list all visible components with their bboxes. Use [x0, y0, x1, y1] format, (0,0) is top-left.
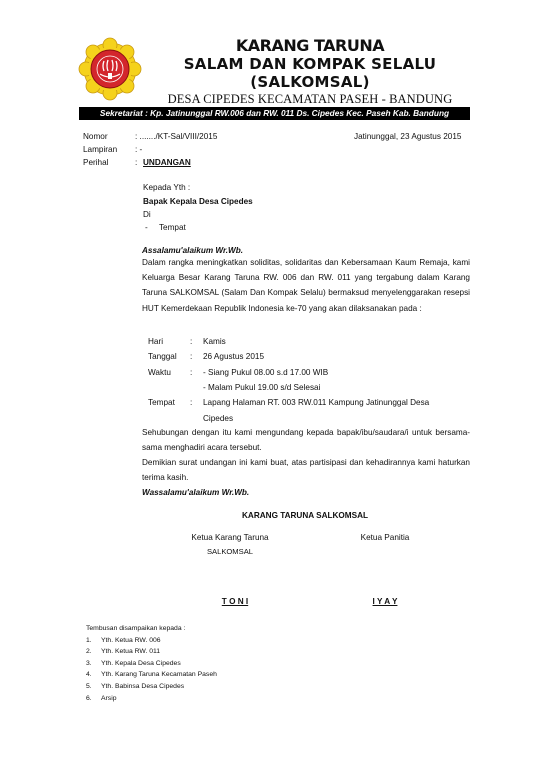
event-detail-value: Cipedes — [203, 414, 233, 423]
event-detail-row: Tempat:Lapang Halaman RT. 003 RW.011 Kam… — [148, 395, 429, 410]
perihal-label: Perihal — [83, 156, 109, 169]
recipient-greeting: Kepada Yth : — [143, 181, 190, 194]
event-detail-colon: : — [190, 365, 203, 380]
paragraph-closing: Demikian surat undangan ini kami buat, a… — [142, 455, 470, 485]
signature-left-name: T O N I — [185, 597, 285, 606]
carbon-copy-item: 1.Yth. Ketua RW. 006 — [86, 635, 217, 647]
signature-right-title: Ketua Panitia — [315, 533, 455, 542]
carbon-copy-list: Tembusan disampaikan kepada : 1.Yth. Ket… — [86, 623, 217, 704]
paragraph-intro: Dalam rangka meningkatkan soliditas, sol… — [142, 255, 470, 316]
event-detail-key: Tempat — [148, 395, 190, 410]
carbon-copy-item: 2.Yth. Ketua RW. 011 — [86, 646, 217, 658]
letterhead-region: DESA CIPEDES KECAMATAN PASEH - BANDUNG — [150, 92, 470, 107]
closing-greeting: Wassalamu'alaikum Wr.Wb. — [142, 486, 249, 499]
event-detail-colon: : — [190, 334, 203, 349]
event-detail-row: Tanggal:26 Agustus 2015 — [148, 349, 264, 364]
organization-logo-icon — [78, 37, 142, 101]
event-detail-value: Lapang Halaman RT. 003 RW.011 Kampung Ja… — [203, 398, 429, 407]
signature-org: KARANG TARUNA SALKOMSAL — [225, 511, 385, 520]
place-date: Jatinunggal, 23 Agustus 2015 — [354, 130, 461, 143]
event-detail-value: - Malam Pukul 19.00 s/d Selesai — [203, 383, 320, 392]
event-detail-key: Waktu — [148, 365, 190, 380]
perihal-colon: : — [135, 156, 137, 169]
event-detail-row: Cipedes — [148, 411, 233, 426]
event-detail-row: Hari:Kamis — [148, 334, 226, 349]
event-detail-row: Waktu:- Siang Pukul 08.00 s.d 17.00 WIB — [148, 365, 328, 380]
perihal-value: UNDANGAN — [143, 156, 191, 169]
recipient-place: - Tempat — [145, 221, 186, 234]
event-detail-colon: : — [190, 349, 203, 364]
paragraph-invitation: Sehubungan dengan itu kami mengundang ke… — [142, 425, 470, 455]
letterhead-address-bar: Sekretariat : Kp. Jatinunggal RW.006 dan… — [79, 107, 470, 120]
recipient-name: Bapak Kepala Desa Cipedes — [143, 195, 253, 208]
event-detail-value: Kamis — [203, 337, 226, 346]
carbon-copy-item: 5.Yth. Babinsa Desa Cipedes — [86, 681, 217, 693]
signature-left-title: Ketua Karang Taruna — [160, 533, 300, 542]
letterhead-org-fullname: SALAM DAN KOMPAK SELALU — [150, 55, 470, 73]
signature-right-name: I Y A Y — [345, 597, 425, 606]
carbon-copy-heading: Tembusan disampaikan kepada : — [86, 623, 217, 635]
nomor-label: Nomor — [83, 130, 108, 143]
carbon-copy-item: 4.Yth. Karang Taruna Kecamatan Paseh — [86, 669, 217, 681]
signature-left-title2: SALKOMSAL — [160, 547, 300, 556]
nomor-value: : ......./KT-Sal/VIII/2015 — [135, 130, 217, 143]
event-detail-key: Hari — [148, 334, 190, 349]
event-detail-value: - Siang Pukul 08.00 s.d 17.00 WIB — [203, 368, 328, 377]
event-detail-key: Tanggal — [148, 349, 190, 364]
recipient-di: Di — [143, 208, 151, 221]
event-detail-row: - Malam Pukul 19.00 s/d Selesai — [148, 380, 320, 395]
event-detail-colon: : — [190, 395, 203, 410]
letterhead-org-acronym: (SALKOMSAL) — [150, 73, 470, 91]
event-detail-value: 26 Agustus 2015 — [203, 352, 264, 361]
lampiran-value: : - — [135, 143, 142, 156]
lampiran-label: Lampiran — [83, 143, 117, 156]
carbon-copy-item: 3.Yth. Kepala Desa Cipedes — [86, 658, 217, 670]
letterhead-org-name: KARANG TARUNA — [150, 36, 470, 55]
carbon-copy-item: 6.Arsip — [86, 693, 217, 705]
